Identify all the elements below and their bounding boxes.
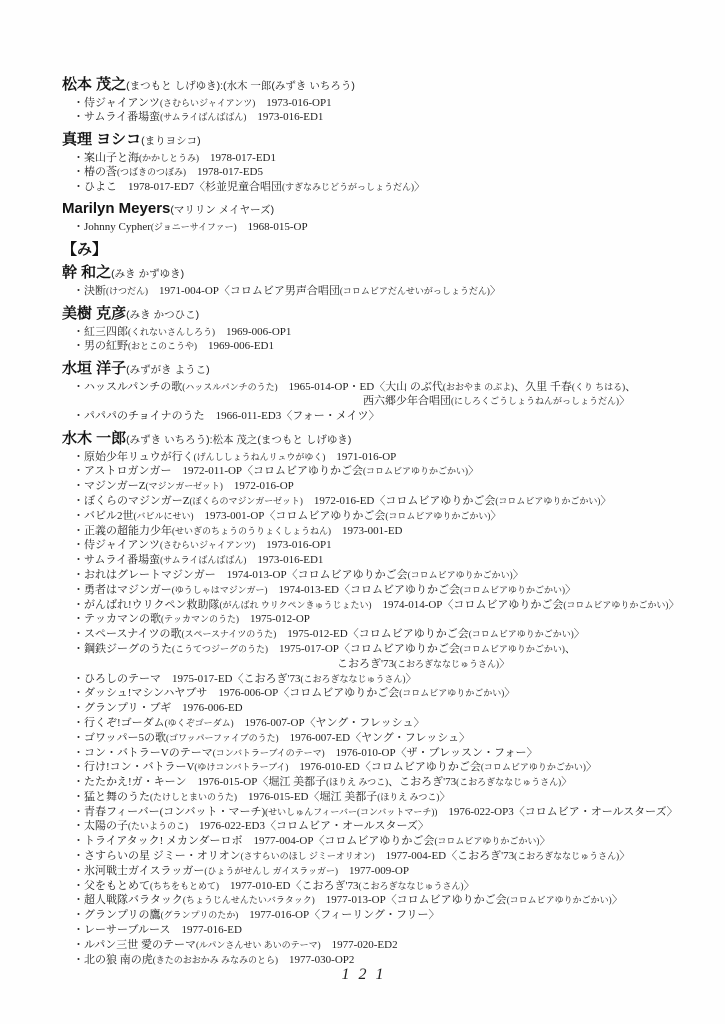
song-text: ・Johnny Cypher	[73, 221, 151, 233]
artist-header: 水垣 洋子(みずがき ようこ)	[62, 359, 712, 380]
song-text: ・行くぞ!ゴーダム	[73, 717, 165, 729]
catalog-number: 1977-009-OP	[338, 865, 409, 877]
reading-text: (コロムビアゆりかごかい)	[399, 688, 504, 698]
song-text: ・氷河戦士ガイスラッガー	[73, 865, 204, 877]
song-text: ・ひよこ	[73, 181, 117, 193]
reading-text: (こおろぎななじゅうさん)	[300, 674, 405, 684]
song-entry: ・父をもとめて(ちちをもとめて) 1977-010-ED〈こおろぎ'73(こおろ…	[62, 879, 712, 894]
catalog-number: 1976-007-ED	[279, 732, 351, 744]
song-entry: ・太陽の子(たいようのこ) 1976-022-ED3〈コロムビア・オールスターズ…	[62, 819, 712, 834]
song-text: ・マジンガーZ	[73, 480, 145, 492]
song-entry: ・氷河戦士ガイスラッガー(ひょうがせんし ガイスラッガー) 1977-009-O…	[62, 864, 712, 879]
catalog-number: 1975-012-OP	[239, 613, 310, 625]
catalog-number: 1968-015-OP	[237, 221, 308, 233]
song-entry: ・マジンガーZ(マジンガーゼット) 1972-016-OP	[62, 479, 712, 494]
song-text: 〉	[504, 687, 515, 699]
song-text: 〈フィーリング・フリー〉	[309, 909, 439, 921]
artist-reading: (みき かずゆき)	[111, 268, 184, 280]
song-text: 〉	[565, 584, 576, 596]
song-text: ・レーサーブルース	[73, 924, 170, 936]
reading-text: (ジョニーサイファー)	[151, 222, 237, 232]
artist-reading: (まりヨシコ)	[141, 135, 201, 147]
song-entry: ・ゴワッパー5の歌(ゴワッパーファイブのうた) 1976-007-ED〈ヤング・…	[62, 731, 712, 746]
song-text: ・トライアタック! メカンダーロボ	[73, 835, 243, 847]
song-text: 〉	[405, 673, 416, 685]
catalog-number: 1972-011-OP	[172, 465, 242, 477]
catalog-number: 1976-015-OP	[186, 776, 257, 788]
catalog-number: 1966-011-ED3	[205, 410, 282, 422]
catalog-number: 1978-017-ED7	[117, 181, 194, 193]
reading-text: (さむらいジャイアンツ)	[160, 98, 255, 108]
reading-text: (こうてつジーグのうた)	[172, 644, 268, 654]
song-entry: ・椿の莟(つばきのつぼみ) 1978-017-ED5	[62, 165, 712, 180]
reading-text: (さすらいのほし ジミーオリオン)	[241, 851, 375, 861]
artist-reading: (みずがき ようこ)	[126, 364, 209, 376]
reading-text: (ほりえ みつこ)	[326, 777, 388, 787]
reading-text: (こおろぎななじゅうさん)	[394, 659, 499, 669]
song-entry: ・超人戦隊バラタック(ちょうじんせんたいバラタック) 1977-013-OP〈コ…	[62, 893, 712, 908]
song-text: 〉	[490, 285, 501, 297]
song-entry: ・アストロガンガー 1972-011-OP〈コロムビアゆりかご会(コロムビアゆり…	[62, 464, 712, 479]
song-text: ・パパパのチョイナのうた	[73, 410, 205, 422]
song-text: ・バビル2世	[73, 510, 134, 522]
catalog-number: 1972-016-OP	[223, 480, 294, 492]
song-text: ・青春フィーバー(コンバット・マーチ)	[73, 806, 265, 818]
song-text: 〉	[468, 465, 479, 477]
catalog-number: 1973-016-OP1	[255, 97, 331, 109]
song-entry-continuation: 西六郷少年合唱団(にしろくごうしょうねんがっしょうだん)〉	[62, 394, 712, 409]
artist-header: 真理 ヨシコ(まりヨシコ)	[62, 130, 712, 151]
reading-text: (テッカマンのうた)	[161, 614, 239, 624]
catalog-number: 1975-012-ED	[276, 628, 348, 640]
reading-text: (たいようのこ)	[128, 821, 188, 831]
reading-text: (ひょうがせんし ガイスラッガー)	[204, 866, 338, 876]
catalog-number: 1978-017-ED1	[199, 152, 276, 164]
song-text: 〈ヤング・フレッシュ〉	[350, 732, 470, 744]
catalog-number: 1976-010-OP	[325, 747, 396, 759]
song-text: 〈コロムビアゆりかご会	[360, 761, 481, 773]
song-text: ・男の紅野	[73, 340, 128, 352]
artist-reading: (みずき いちろう):松本 茂之(まつもと しげゆき)	[126, 434, 351, 446]
song-text: 〉	[574, 628, 585, 640]
song-text: 〈コロムビア・オールスターズ〉	[265, 820, 429, 832]
artist-header: 幹 和之(みき かずゆき)	[62, 263, 712, 284]
song-text: ・コン・バトラーVのテーマ	[73, 747, 213, 759]
song-entry: ・ひろしのテーマ 1975-017-ED〈こおろぎ'73(こおろぎななじゅうさん…	[62, 672, 712, 687]
song-text: 〉	[490, 510, 501, 522]
song-entry: ・さすらいの星 ジミー・オリオン(さすらいのほし ジミーオリオン) 1977-0…	[62, 849, 712, 864]
song-entry: ・ダッシュ!マシンハヤブサ 1976-006-OP〈コロムビアゆりかご会(コロム…	[62, 686, 712, 701]
song-text: 〈こおろぎ'73	[291, 880, 359, 892]
song-entry: ・バビル2世(バビルにせい) 1973-001-OP〈コロムビアゆりかご会(コロ…	[62, 509, 712, 524]
catalog-number: 1971-016-OP	[325, 451, 396, 463]
song-entry: ・レーサーブルース 1977-016-ED	[62, 923, 712, 938]
artist-name: 水木 一郎	[62, 430, 126, 447]
catalog-number: 1976-022-OP3	[437, 806, 513, 818]
reading-text: (コロムビアだんせいがっしょうだん)	[340, 286, 490, 296]
song-entry: ・正義の超能力少年(せいぎのちょうのうりょくしょうねん) 1973-001-ED	[62, 524, 712, 539]
song-text: ・案山子と海	[73, 152, 139, 164]
reading-text: (コロムビアゆりかごかい)	[495, 496, 600, 506]
song-entry: ・たたかえ!ガ・キーン 1976-015-OP〈堀江 美都子(ほりえ みつこ)、…	[62, 775, 712, 790]
reading-text: (くり ちはる)	[572, 382, 625, 392]
reading-text: (コロムビアゆりかごかい)	[469, 629, 574, 639]
song-entry: ・パパパのチョイナのうた 1966-011-ED3〈フォー・メイツ〉	[62, 409, 712, 424]
song-text: 〉	[600, 495, 611, 507]
song-text: 〈ザ・ブレッスン・フォー〉	[396, 747, 538, 759]
reading-text: (おおやま のぶよ)	[443, 382, 514, 392]
catalog-number: 1977-020-ED2	[321, 939, 398, 951]
catalog-number: 1977-016-ED	[170, 924, 242, 936]
kana-section-header: 【み】	[62, 240, 712, 259]
catalog-number: 1977-004-ED	[375, 850, 447, 862]
catalog-number: 1976-006-OP	[207, 687, 278, 699]
reading-text: (コロムビアゆりかごかい)	[434, 836, 539, 846]
reading-text: (バビルにせい)	[134, 511, 194, 521]
song-text: 〉	[539, 835, 550, 847]
catalog-number: 1976-022-ED3	[188, 820, 265, 832]
song-text: 〉	[513, 569, 524, 581]
reading-text: (マジンガーゼット)	[145, 481, 222, 491]
reading-text: (スペースナイツのうた)	[181, 629, 276, 639]
reading-text: (ほりえ みつこ)	[377, 792, 439, 802]
artist-name: 美樹 克彦	[62, 305, 126, 322]
song-entry: ・サムライ番場蛮(サムライばんばばん) 1973-016-ED1	[62, 553, 712, 568]
song-entry: ・原始少年リュウが行く(げんししょうねんリュウがゆく) 1971-016-OP	[62, 450, 712, 465]
reading-text: (せいぎのちょうのうりょくしょうねん)	[172, 526, 331, 536]
song-text: ・サムライ番場蛮	[73, 111, 160, 123]
reading-text: (がんばれ ウリクペンきゅうじょたい)	[219, 600, 371, 610]
artist-name: 松本 茂之	[62, 76, 126, 93]
song-text: ・正義の超能力少年	[73, 525, 172, 537]
catalog-number: 1976-007-OP	[234, 717, 305, 729]
song-text: 〈こおろぎ'73	[233, 673, 301, 685]
song-entry: ・行け!コン・バトラーV(ゆけコンバトラーブイ) 1976-010-ED〈コロム…	[62, 760, 712, 775]
song-entry: ・ぼくらのマジンガーZ(ぼくらのマジンガーゼット) 1972-016-ED〈コロ…	[62, 494, 712, 509]
artist-name: 水垣 洋子	[62, 360, 126, 377]
catalog-number: 1976-015-ED	[237, 791, 309, 803]
reading-text: (コロムビアゆりかごかい)	[460, 644, 565, 654]
song-text: ・グランプリの鷹	[73, 909, 161, 921]
catalog-number: 1973-016-OP1	[255, 539, 331, 551]
song-entry: ・グランプリ・ブギ 1976-006-ED	[62, 701, 712, 716]
song-entry: ・コン・バトラーVのテーマ(コンバトラーブイのテーマ) 1976-010-OP〈…	[62, 746, 712, 761]
reading-text: (コロムビアゆりかごかい)	[507, 895, 612, 905]
reading-text: (ルパンさんせい あいのテーマ)	[196, 940, 321, 950]
page-number: 121	[0, 966, 725, 984]
song-text: ・ハッスルパンチの歌	[73, 381, 182, 393]
reading-text: (コンバトラーブイのテーマ)	[213, 748, 325, 758]
song-text: 〉	[619, 850, 630, 862]
song-text: 〉	[463, 880, 474, 892]
song-entry: ・ルパン三世 愛のテーマ(ルパンさんせい あいのテーマ) 1977-020-ED…	[62, 938, 712, 953]
song-text: 〉	[561, 776, 572, 788]
reading-text: (かかしとうみ)	[139, 153, 199, 163]
song-text: 〈コロムビア男声合唱団	[219, 285, 340, 297]
catalog-number: 1974-014-OP	[372, 599, 443, 611]
catalog-number: 1965-014-OP・ED	[278, 381, 375, 393]
song-text: ・グランプリ・ブギ	[73, 702, 171, 714]
reading-text: (ハッスルパンチのうた)	[182, 382, 277, 392]
reading-text: (ちちをもとめて)	[150, 881, 219, 891]
reading-text: (すぎなみじどうがっしょうだん)	[282, 182, 414, 192]
artist-header: 水木 一郎(みずき いちろう):松本 茂之(まつもと しげゆき)	[62, 429, 712, 450]
song-text: 、	[565, 643, 576, 655]
artist-name: Marilyn Meyers	[62, 200, 170, 217]
song-text: 〉	[619, 395, 630, 407]
artist-header: 松本 茂之(まつもと しげゆき):(水木 一郎(みずき いちろう)	[62, 75, 712, 96]
reading-text: (コロムビアゆりかごかい)	[363, 466, 468, 476]
song-text: ・スペースナイツの歌	[73, 628, 181, 640]
song-text: 〈こおろぎ'73	[446, 850, 514, 862]
song-entry: ・決断(けつだん) 1971-004-OP〈コロムビア男声合唱団(コロムビアだん…	[62, 284, 712, 299]
song-text: ・北の狼 南の虎	[73, 954, 153, 966]
song-text: ・原始少年リュウが行く	[73, 451, 194, 463]
reading-text: (コロムビアゆりかごかい)	[408, 570, 513, 580]
reading-text: (コロムビアゆりかごかい)	[481, 762, 586, 772]
song-entry: ・テッカマンの歌(テッカマンのうた) 1975-012-OP	[62, 612, 712, 627]
song-text: 〈ヤング・フレッシュ〉	[305, 717, 425, 729]
catalog-number: 1969-006-OP1	[215, 326, 291, 338]
song-text: ・紅三四郎	[73, 326, 128, 338]
reading-text: (コロムビアゆりかごかい)	[460, 585, 565, 595]
song-text: ・決断	[73, 285, 106, 297]
artist-reading: (まつもと しげゆき):(水木 一郎(みずき いちろう)	[126, 80, 355, 92]
reading-text: (グランプリのたか)	[161, 910, 239, 920]
reading-text: (ゆけコンバトラーブイ)	[194, 762, 288, 772]
song-entry: ・サムライ番場蛮(サムライばんばばん) 1973-016-ED1	[62, 110, 712, 125]
song-text: 〉	[499, 658, 510, 670]
catalog-number: 1974-013-OP	[216, 569, 287, 581]
song-text: ・侍ジャイアンツ	[73, 539, 160, 551]
song-text: 、久里 千春	[514, 381, 572, 393]
song-text: ・侍ジャイアンツ	[73, 97, 160, 109]
artist-name: 【み】	[62, 241, 107, 258]
song-text: 〈コロムビアゆりかご会	[442, 599, 563, 611]
catalog-number: 1974-013-ED	[268, 584, 340, 596]
reading-text: (にしろくごうしょうねんがっしょうだん)	[451, 396, 619, 406]
song-text: 〈コロムビアゆりかご会	[374, 495, 495, 507]
reading-text: (くれないさんしろう)	[128, 327, 215, 337]
song-text: ・サムライ番場蛮	[73, 554, 160, 566]
song-text: ・たたかえ!ガ・キーン	[73, 776, 186, 788]
catalog-number: 1978-017-ED5	[186, 166, 263, 178]
song-text: ・がんばれ!ウリクペン救助隊	[73, 599, 219, 611]
song-text: 、	[625, 381, 636, 393]
artist-reading: (マリリン メイヤーズ)	[170, 204, 274, 216]
song-text: 〈コロムビアゆりかご会	[386, 894, 507, 906]
reading-text: (たけしとまいのうた)	[150, 792, 237, 802]
catalog-number: 1971-004-OP	[148, 285, 219, 297]
song-text: ・アストロガンガー	[73, 465, 172, 477]
song-text: ・猛と舞のうた	[73, 791, 150, 803]
reading-text: (コロムビアゆりかごかい)	[563, 600, 668, 610]
artist-header: 美樹 克彦(みき かつひこ)	[62, 304, 712, 325]
song-text: ・ぼくらのマジンガーZ	[73, 495, 189, 507]
reading-text: (ゆくぞゴーダム)	[165, 718, 234, 728]
song-entry: ・Johnny Cypher(ジョニーサイファー) 1968-015-OP	[62, 220, 712, 235]
reading-text: (ちょうじんせんたいバラタック)	[183, 895, 315, 905]
song-text: 〈コロムビアゆりかご会	[339, 643, 460, 655]
song-entry: ・侍ジャイアンツ(さむらいジャイアンツ) 1973-016-OP1	[62, 96, 712, 111]
reading-text: (サムライばんばばん)	[160, 555, 246, 565]
catalog-number: 1973-001-ED	[331, 525, 403, 537]
catalog-number: 1977-016-OP	[238, 909, 309, 921]
catalog-number: 1977-004-OP	[243, 835, 314, 847]
song-entry: ・トライアタック! メカンダーロボ 1977-004-OP〈コロムビアゆりかご会…	[62, 834, 712, 849]
song-text: ・ダッシュ!マシンハヤブサ	[73, 687, 207, 699]
catalog-number: 1977-030-OP2	[278, 954, 354, 966]
song-entry: ・ひよこ 1978-017-ED7〈杉並児童合唱団(すぎなみじどうがっしょうだん…	[62, 180, 712, 195]
reading-text: (けつだん)	[106, 286, 148, 296]
song-text: ・ひろしのテーマ	[73, 673, 161, 685]
song-text: 〈コロムビアゆりかご会	[287, 569, 408, 581]
song-text: ・太陽の子	[73, 820, 128, 832]
reading-text: (サムライばんばばん)	[160, 112, 246, 122]
song-text: 〈大山 のぶ代	[374, 381, 443, 393]
song-entry: ・行くぞ!ゴーダム(ゆくぞゴーダム) 1976-007-OP〈ヤング・フレッシュ…	[62, 716, 712, 731]
catalog-number: 1976-006-ED	[171, 702, 243, 714]
reading-text: (こおろぎななじゅうさん)	[514, 851, 619, 861]
song-text: ・行け!コン・バトラーV	[73, 761, 194, 773]
catalog-number: 1977-010-ED	[219, 880, 291, 892]
song-entry: ・猛と舞のうた(たけしとまいのうた) 1976-015-ED〈堀江 美都子(ほり…	[62, 790, 712, 805]
reading-text: (きたのおおかみ みなみのとら)	[153, 955, 278, 965]
song-text: 〈堀江 美都子	[309, 791, 378, 803]
song-text: ・父をもとめて	[73, 880, 150, 892]
song-text: 〈コロムビアゆりかご会	[278, 687, 399, 699]
reading-text: (ゴワッパーファイブのうた)	[166, 733, 279, 743]
song-text: ・おれはグレートマジンガー	[73, 569, 216, 581]
artist-header: Marilyn Meyers(マリリン メイヤーズ)	[62, 199, 712, 220]
song-entry: ・青春フィーバー(コンバット・マーチ)(せいしゅんフィーバー(コンバットマーチ)…	[62, 805, 712, 820]
song-text: ・テッカマンの歌	[73, 613, 161, 625]
song-entry: ・侍ジャイアンツ(さむらいジャイアンツ) 1973-016-OP1	[62, 538, 712, 553]
song-entry: ・がんばれ!ウリクペン救助隊(がんばれ ウリクペンきゅうじょたい) 1974-0…	[62, 598, 712, 613]
song-text: 〈堀江 美都子	[257, 776, 326, 788]
catalog-number: 1977-013-OP	[315, 894, 386, 906]
song-text: 〈コロムビアゆりかご会	[339, 584, 460, 596]
artist-name: 真理 ヨシコ	[62, 131, 141, 148]
artist-name: 幹 和之	[62, 264, 111, 281]
song-entry: ・案山子と海(かかしとうみ) 1978-017-ED1	[62, 151, 712, 166]
song-text: 〉	[439, 791, 450, 803]
reading-text: (ぼくらのマジンガーゼット)	[189, 496, 302, 506]
song-text: ・椿の莟	[73, 166, 117, 178]
song-text: 〉	[668, 599, 679, 611]
reading-text: (コロムビアゆりかごかい)	[385, 511, 490, 521]
song-text: 、こおろぎ'73	[388, 776, 456, 788]
reading-text: (ゆうしゃはマジンガー)	[172, 585, 268, 595]
catalog-number: 1975-017-OP	[268, 643, 339, 655]
document-body: 松本 茂之(まつもと しげゆき):(水木 一郎(みずき いちろう)・侍ジャイアン…	[62, 70, 712, 967]
song-entry: ・男の紅野(おとこのこうや) 1969-006-ED1	[62, 339, 712, 354]
reading-text: (さむらいジャイアンツ)	[160, 540, 255, 550]
song-text: 〉	[612, 894, 623, 906]
song-text: 〉	[414, 181, 425, 193]
song-text: 〈コロムビアゆりかご会	[242, 465, 363, 477]
reading-text: (こおろぎななじゅうさん)	[358, 881, 463, 891]
song-text: ・鋼鉄ジーグのうた	[73, 643, 172, 655]
song-text: 〈コロムビア・オールスターズ〉	[514, 806, 678, 818]
song-text: 〈コロムビアゆりかご会	[348, 628, 469, 640]
reading-text: (こおろぎななじゅうさん)	[456, 777, 561, 787]
song-entry: ・グランプリの鷹(グランプリのたか) 1977-016-OP〈フィーリング・フリ…	[62, 908, 712, 923]
song-text: 〈コロムビアゆりかご会	[264, 510, 385, 522]
catalog-number: 1969-006-ED1	[197, 340, 274, 352]
song-text: ・勇者はマジンガー	[73, 584, 172, 596]
song-text: 〈杉並児童合唱団	[194, 181, 282, 193]
song-entry: ・紅三四郎(くれないさんしろう) 1969-006-OP1	[62, 325, 712, 340]
song-entry: ・ハッスルパンチの歌(ハッスルパンチのうた) 1965-014-OP・ED〈大山…	[62, 380, 712, 395]
song-text: ・さすらいの星 ジミー・オリオン	[73, 850, 241, 862]
song-entry: ・鋼鉄ジーグのうた(こうてつジーグのうた) 1975-017-OP〈コロムビアゆ…	[62, 642, 712, 657]
song-text: ・ルパン三世 愛のテーマ	[73, 939, 196, 951]
song-text: 〈フォー・メイツ〉	[281, 410, 379, 422]
document-page: 松本 茂之(まつもと しげゆき):(水木 一郎(みずき いちろう)・侍ジャイアン…	[0, 0, 725, 1024]
song-entry: ・スペースナイツの歌(スペースナイツのうた) 1975-012-ED〈コロムビア…	[62, 627, 712, 642]
reading-text: (せいしゅんフィーバー(コンバットマーチ))	[265, 807, 437, 817]
catalog-number: 1973-016-ED1	[246, 111, 323, 123]
catalog-number: 1973-001-OP	[194, 510, 265, 522]
song-text: ・超人戦隊バラタック	[73, 894, 183, 906]
catalog-number: 1973-016-ED1	[246, 554, 323, 566]
song-entry: ・勇者はマジンガー(ゆうしゃはマジンガー) 1974-013-ED〈コロムビアゆ…	[62, 583, 712, 598]
song-text: 西六郷少年合唱団	[363, 395, 451, 407]
reading-text: (つばきのつぼみ)	[117, 167, 186, 177]
song-entry: ・おれはグレートマジンガー 1974-013-OP〈コロムビアゆりかご会(コロム…	[62, 568, 712, 583]
catalog-number: 1972-016-ED	[303, 495, 375, 507]
song-entry-continuation: こおろぎ'73(こおろぎななじゅうさん)〉	[62, 657, 712, 672]
song-text: こおろぎ'73	[337, 658, 394, 670]
song-text: 〈コロムビアゆりかご会	[313, 835, 434, 847]
artist-reading: (みき かつひこ)	[126, 309, 199, 321]
catalog-number: 1976-010-ED	[288, 761, 360, 773]
catalog-number: 1975-017-ED	[161, 673, 233, 685]
reading-text: (おとこのこうや)	[128, 341, 197, 351]
song-text: ・ゴワッパー5の歌	[73, 732, 166, 744]
song-text: 〉	[586, 761, 597, 773]
reading-text: (げんししょうねんリュウがゆく)	[194, 452, 326, 462]
